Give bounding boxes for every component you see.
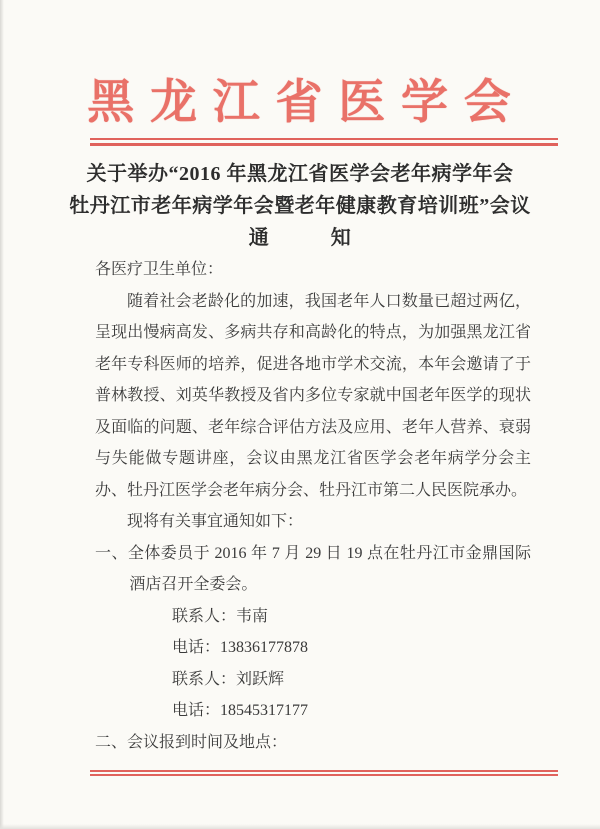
item-1-text: 全体委员于 2016 年 7 月 29 日 19 点在牡丹江市金鼎国际酒店召开全… [128, 545, 531, 594]
lead-in: 现将有关事宜通知如下： [95, 506, 531, 538]
intro-paragraph: 随着社会老龄化的加速，我国老年人口数量已超过两亿，呈现出慢病高发、多病共存和高龄… [95, 286, 531, 507]
contact-line: 电话：13836177878 [172, 632, 531, 664]
org-name: 黑 龙 江 省 医 学 会 [0, 0, 600, 128]
contact-line: 电话：18545317177 [172, 695, 531, 727]
contact-value: 韦南 [236, 608, 268, 625]
contact-label: 电话： [172, 639, 220, 656]
contact-line: 联系人：韦南 [172, 601, 531, 633]
doc-title-line-2: 牡丹江市老年病学年会暨老年健康教育培训班”会议 [0, 190, 600, 222]
salutation: 各医疗卫生单位： [95, 254, 531, 286]
contact-value: 13836177878 [220, 639, 308, 656]
contact-value: 18545317177 [220, 702, 308, 719]
doc-body: 各医疗卫生单位： 随着社会老龄化的加速，我国老年人口数量已超过两亿，呈现出慢病高… [95, 254, 531, 758]
doc-title-line-1: 关于举办“2016 年黑龙江省医学会老年病学年会 [0, 158, 600, 190]
doc-title-line-3: 通 知 [0, 222, 600, 254]
item-2-text: 会议报到时间及地点： [127, 734, 287, 751]
item-1-number: 一、 [95, 545, 128, 562]
footer-rule [90, 770, 558, 776]
document-page: 黑 龙 江 省 医 学 会 关于举办“2016 年黑龙江省医学会老年病学年会 牡… [0, 0, 600, 829]
contact-value: 刘跃辉 [236, 671, 284, 688]
letterhead-rule [90, 138, 558, 146]
doc-title: 关于举办“2016 年黑龙江省医学会老年病学年会 牡丹江市老年病学年会暨老年健康… [0, 158, 600, 254]
contact-label: 联系人： [172, 671, 236, 688]
letterhead-rule-thick [90, 143, 558, 146]
letterhead: 黑 龙 江 省 医 学 会 [0, 0, 600, 146]
item-2-number: 二、 [95, 734, 127, 751]
contact-label: 电话： [172, 702, 220, 719]
item-2: 二、会议报到时间及地点： [95, 727, 531, 759]
contact-line: 联系人：刘跃辉 [172, 664, 531, 696]
contact-label: 联系人： [172, 608, 236, 625]
item-1: 一、全体委员于 2016 年 7 月 29 日 19 点在牡丹江市金鼎国际酒店召… [95, 538, 531, 601]
